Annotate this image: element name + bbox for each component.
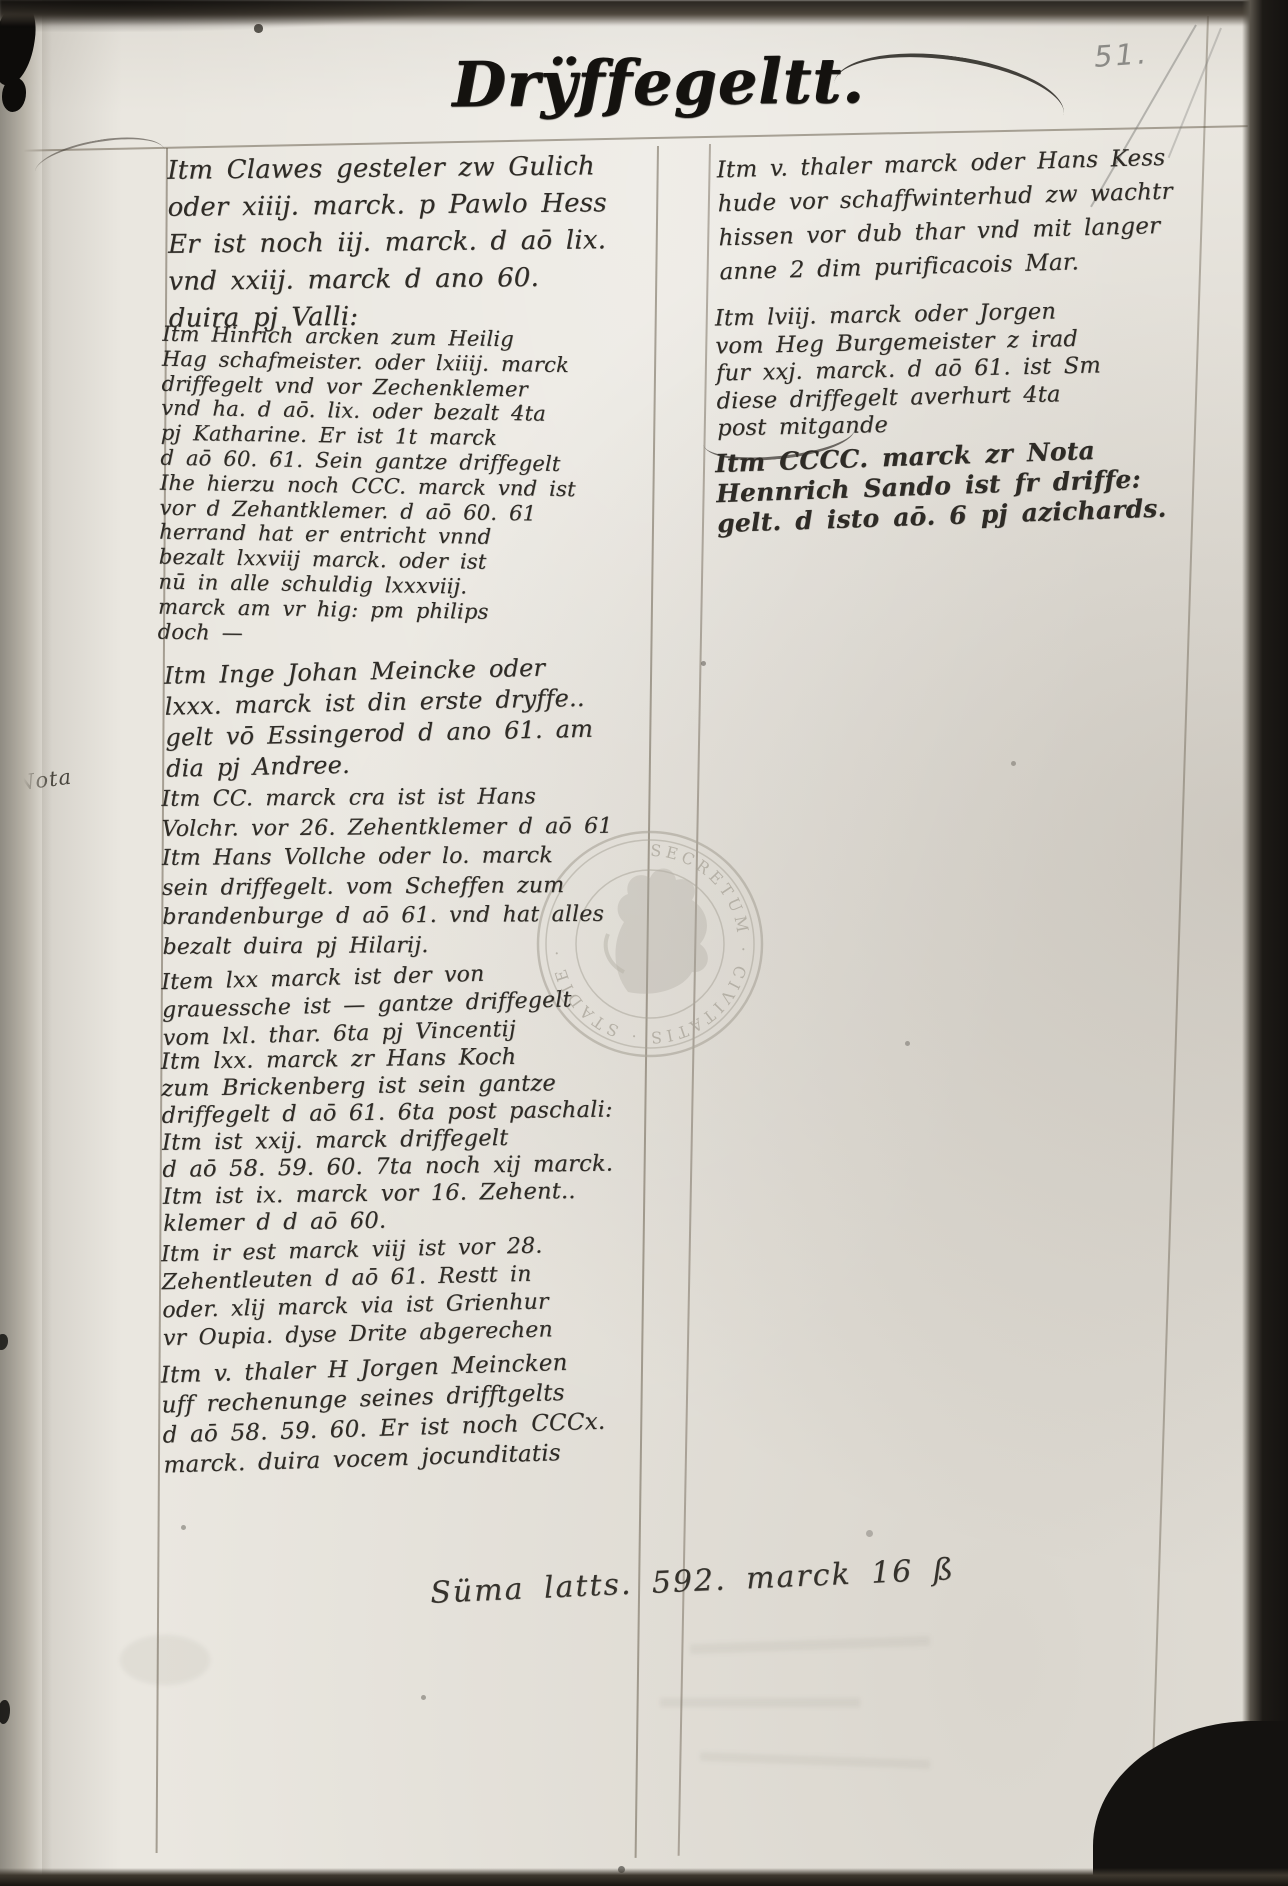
- manuscript-paragraph: Item lxx marck ist der vongrauessche ist…: [161, 955, 711, 1053]
- ruled-line-right-margin: [1149, 16, 1209, 1855]
- corner-shadow-bottom-right: [1093, 1721, 1288, 1886]
- manuscript-line: Itm Clawes gesteler zw Gulich: [167, 147, 712, 190]
- manuscript-line: Er ist noch iij. marck. d aō lix.: [168, 221, 713, 264]
- manuscript-line: sein driffegelt. vom Scheffen zum: [162, 870, 710, 903]
- manuscript-line: Volchr. vor 26. Zehentklemer d aō 61: [162, 811, 710, 844]
- manuscript-paragraph: Itm Inge Johan Meincke oderlxxx. marck i…: [164, 649, 711, 784]
- summary-line: Süma latts. 592. marck 16 ß: [429, 1552, 955, 1611]
- page-title: Drÿffegeltt.: [452, 44, 865, 121]
- page-number: 51.: [1093, 36, 1150, 74]
- manuscript-paragraph: Itm CC. marck cra ist ist HansVolchr. vo…: [161, 781, 710, 962]
- page-edge-right: [1242, 0, 1288, 1886]
- manuscript-line: Itm CC. marck cra ist ist Hans: [161, 781, 709, 814]
- manuscript-paragraph: Itm Clawes gesteler zw Gulichoder xiiij.…: [167, 147, 714, 338]
- manuscript-line: vnd xxiij. marck d ano 60.: [168, 258, 713, 301]
- bleedthrough-smudge: [660, 1698, 860, 1707]
- gutter-shadow: [42, 0, 122, 1886]
- manuscript-paragraph: Itm CCCC. marck zr NotaHennrich Sando is…: [715, 431, 1246, 539]
- manuscript-paragraph: Itm v. thaler H Jorgen Meinckenuff reche…: [160, 1343, 711, 1480]
- manuscript-scan: 51. Drÿffegeltt. SECRETUM · CIVITATIS · …: [0, 0, 1288, 1886]
- page-edge-bottom: [0, 1868, 1288, 1886]
- bleedthrough-smudge: [120, 1635, 210, 1685]
- manuscript-paragraph: Itm ir est marck viij ist vor 28.Zehentl…: [161, 1229, 711, 1353]
- bleedthrough-smudge: [700, 1752, 930, 1769]
- manuscript-line: oder xiiij. marck. p Pawlo Hess: [167, 184, 712, 227]
- ink-flourish: [828, 40, 1070, 157]
- manuscript-paragraph: Itm lviij. marck oder Jorgenvom Heg Burg…: [715, 294, 1246, 443]
- manuscript-paragraph: Itm Hinrich arcken zum HeiligHag schafme…: [158, 322, 713, 653]
- bleedthrough-smudge: [690, 1636, 930, 1654]
- manuscript-line: Itm Hans Vollche oder lo. marck: [162, 840, 710, 873]
- manuscript-line: brandenburge d aō 61. vnd hat alles: [162, 899, 710, 932]
- page-edge-top-left: [0, 0, 490, 32]
- manuscript-paragraph: Itm v. thaler marck oder Hans Kesshude v…: [716, 139, 1248, 290]
- manuscript-paragraph: Itm lxx. marck zr Hans Kochzum Brickenbe…: [161, 1041, 712, 1238]
